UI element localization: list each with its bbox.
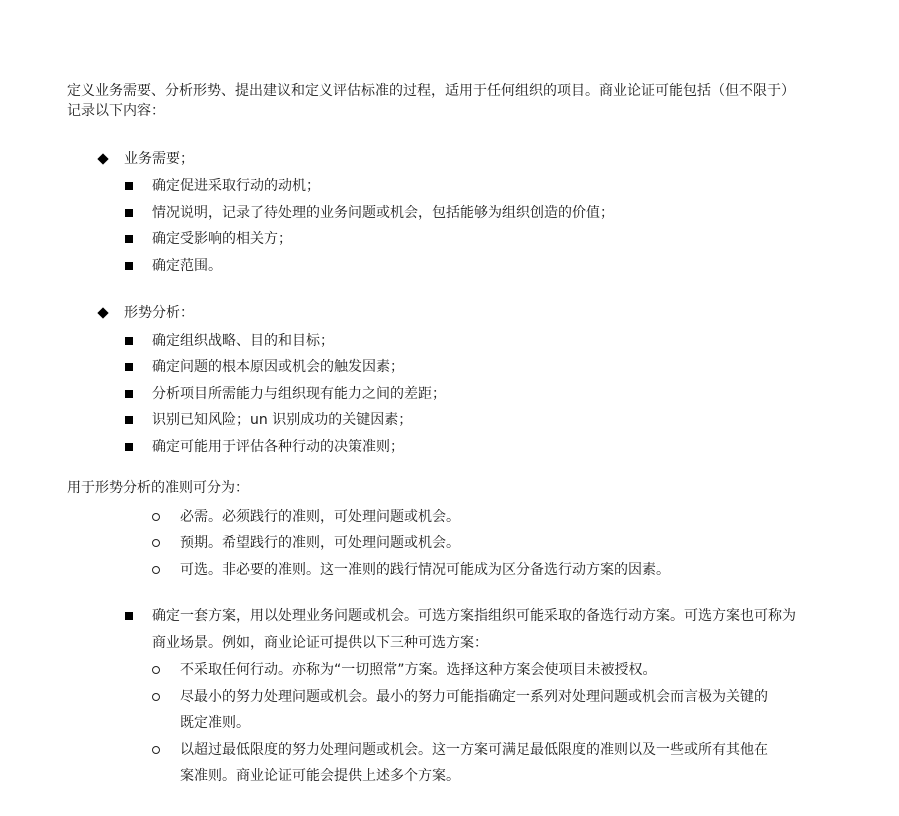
circle-bullet-icon (152, 746, 160, 754)
circle-bullet-icon (152, 693, 160, 701)
business-needs-heading: 业务需要； (124, 149, 194, 169)
situation-analysis-item: 确定组织战略、目的和目标； (152, 331, 334, 351)
options-line-1: 确定一套方案，用以处理业务问题或机会。可选方案指组织可能采取的备选行动方案。可选… (152, 606, 796, 626)
option-item-line: 既定准则。 (180, 713, 250, 733)
square-bullet-icon (125, 443, 133, 451)
square-bullet-icon (125, 612, 133, 620)
business-needs-item: 确定促进采取行动的动机； (152, 176, 320, 196)
square-bullet-icon (125, 235, 133, 243)
criteria-item: 预期。希望践行的准则，可处理问题或机会。 (180, 533, 460, 553)
circle-bullet-icon (152, 539, 160, 547)
circle-bullet-icon (152, 566, 160, 574)
option-item-line: 不采取任何行动。亦称为“一切照常”方案。选择这种方案会使项目未被授权。 (180, 660, 657, 680)
situation-analysis-item: 确定可能用于评估各种行动的决策准则； (152, 437, 404, 457)
square-bullet-icon (125, 416, 133, 424)
situation-analysis-heading: 形势分析： (124, 303, 194, 323)
situation-analysis-item: 分析项目所需能力与组织现有能力之间的差距； (152, 384, 446, 404)
circle-bullet-icon (152, 666, 160, 674)
option-item-line: 以超过最低限度的努力处理问题或机会。这一方案可满足最低限度的准则以及一些或所有其… (180, 740, 768, 760)
diamond-bullet-icon (97, 307, 108, 318)
option-item-line: 案准则。商业论证可能会提供上述多个方案。 (180, 766, 460, 786)
intro-line-1: 定义业务需要、分析形势、提出建议和定义评估标准的过程，适用于任何组织的项目。商业… (67, 81, 795, 101)
square-bullet-icon (125, 262, 133, 270)
circle-bullet-icon (152, 513, 160, 521)
diamond-bullet-icon (97, 153, 108, 164)
situation-analysis-item: 识别已知风险；un 识别成功的关键因素； (152, 410, 412, 430)
options-line-2: 商业场景。例如，商业论证可提供以下三种可选方案： (152, 633, 488, 653)
criteria-item: 可选。非必要的准则。这一准则的践行情况可能成为区分备选行动方案的因素。 (180, 560, 670, 580)
business-needs-item: 确定受影响的相关方； (152, 229, 292, 249)
situation-analysis-item: 确定问题的根本原因或机会的触发因素； (152, 357, 404, 377)
square-bullet-icon (125, 209, 133, 217)
square-bullet-icon (125, 363, 133, 371)
business-needs-item: 情况说明，记录了待处理的业务问题或机会，包括能够为组织创造的价值； (152, 203, 614, 223)
option-item-line: 尽最小的努力处理问题或机会。最小的努力可能指确定一系列对处理问题或机会而言极为关… (180, 687, 768, 707)
square-bullet-icon (125, 390, 133, 398)
criteria-heading: 用于形势分析的准则可分为： (67, 478, 249, 498)
criteria-item: 必需。必须践行的准则，可处理问题或机会。 (180, 507, 460, 527)
square-bullet-icon (125, 182, 133, 190)
business-needs-item: 确定范围。 (152, 256, 222, 276)
square-bullet-icon (125, 337, 133, 345)
intro-line-2: 记录以下内容： (67, 101, 165, 121)
